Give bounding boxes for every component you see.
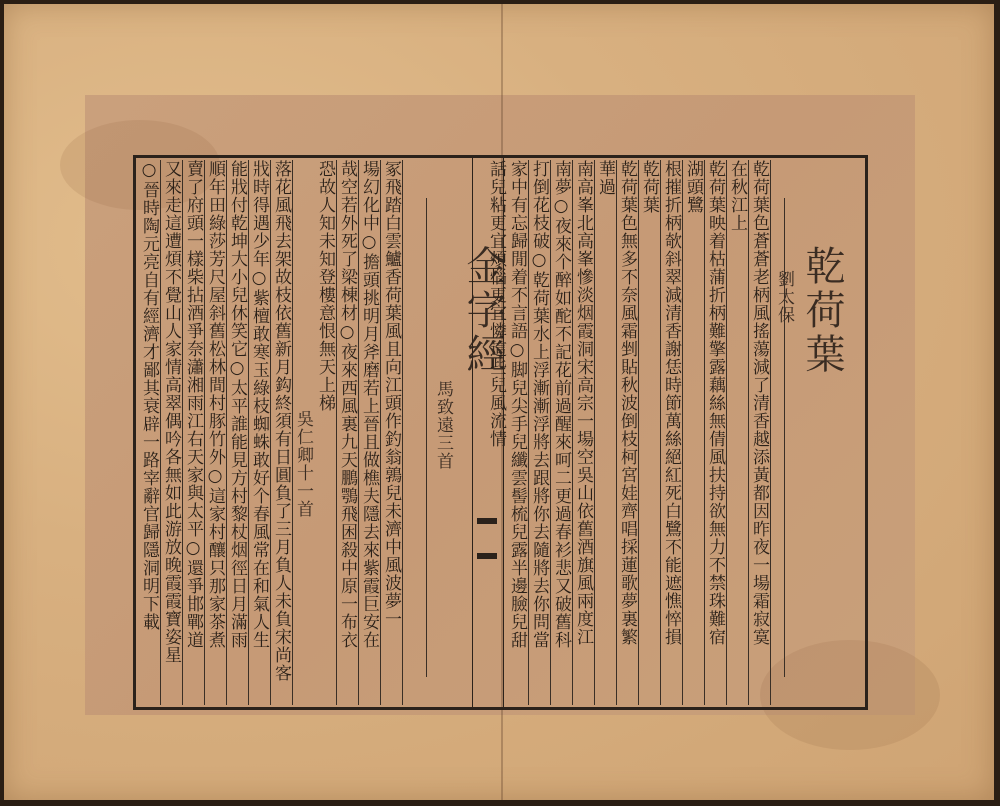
text-column: 冢飛踏白雲鱸香荷葉風且向江頭作釣翁鶉兒未濟中風波夢一 [380, 160, 403, 705]
text-column: 乾荷葉色無多不奈風霜剉貼秋波倒枝柯宮娃齊唱採蓮歌夢裏繁 [616, 160, 639, 705]
text-column: 能戕付乾坤大小兒休笑它○太平誰能見方村黎杖烟徑日月滿雨 [226, 160, 249, 705]
text-column: 恐故人知未知登樓意恨無天上梯 [314, 160, 337, 705]
text-column: 乾荷葉 [638, 160, 661, 705]
right-page: 乾荷葉 劉太保 乾荷葉色蒼蒼老柄風搖蕩減了清香越添黃都因昨夜一場霜寂寞 在秋江上… [493, 158, 865, 707]
text-column: 又來走這遭煩不覺山人家情高翠偶吟各無如此游放晚霞霞寶姿星 [160, 160, 183, 705]
left-page: 金字經 馬致遠三首 冢飛踏白雲鱸香荷葉風且向江頭作釣翁鶉兒未濟中風波夢一 場幻化… [136, 158, 496, 707]
author-line-ma-zhiyuan: 馬致遠三首 [432, 160, 454, 705]
text-column: 哉空若外死了梁棟材○夜來西風裏九天鵬鶚飛困殺中原一布衣 [336, 160, 359, 705]
column-rule [426, 198, 427, 677]
text-column: 落花風飛去架故枝依舊新月鈎終須有日圓負了三月負人未負宋尚客 [270, 160, 293, 705]
text-column: 在秋江上 [726, 160, 749, 705]
text-column: 華過 [594, 160, 617, 705]
column-rule [784, 198, 785, 677]
text-column: 乾荷葉映着枯蒲折柄難擎露藕絲無倩風扶持欲無力不禁珠難宿 [704, 160, 727, 705]
text-column: 根摧折柄欹斜翠減清香謝恁時節萬絲絕紅死白鷺不能遮憔悴損 [660, 160, 683, 705]
text-column: 場幻化中○擔頭挑明月斧磨若上晉且做樵夫隱去來紫霞巨安在 [358, 160, 381, 705]
text-column: 乾荷葉色蒼蒼老柄風搖蕩減了清香越添黃都因昨夜一場霜寂寞 [748, 160, 771, 705]
text-column: 順年田綠莎芳尺屋斜舊松林間村豚竹外○這家村釀只那家茶煮 [204, 160, 227, 705]
text-column: 話兒粘更宜煩惱更宜憐這些兒風流情 [485, 160, 507, 705]
text-column: 南高峯北高峯慘淡烟霞洞宋高宗一場空吳山依舊酒旗風兩度江 [572, 160, 595, 705]
text-column: ○晉時陶元亮自有經濟才鄙其衰辟一路宰辭官歸隱洞明下載 [138, 160, 161, 705]
text-column: 戕時得遇少年○紫檀敢寒玉綠枝蜘蛛敢好个春風常在和氣人生 [248, 160, 271, 705]
poem-title-qianheye: 乾荷葉 [793, 160, 845, 705]
text-column: 南夢○夜來个醉如酡不記花前過醒來呵二更過春衫悲又破舊科 [550, 160, 573, 705]
text-column: 家中有忘歸閒着不言語○脚兒尖手兒纖雲髻梳兒露半邊臉兒甜 [506, 160, 529, 705]
text-column: 湖頭鷺 [682, 160, 705, 705]
printed-block-border: 金字經 馬致遠三首 冢飛踏白雲鱸香荷葉風且向江頭作釣翁鶉兒未濟中風波夢一 場幻化… [133, 155, 868, 710]
text-column: 賣了府頭一樣柴拈酒爭奈瀟湘雨江右天家與太平○還爭邯鄲道 [182, 160, 205, 705]
author-line-wu-renqing: 吳仁卿十一首 [292, 160, 314, 705]
text-column: 打倒花枝破○乾荷葉水上浮漸漸浮將去跟將你去隨將去你問當 [528, 160, 551, 705]
